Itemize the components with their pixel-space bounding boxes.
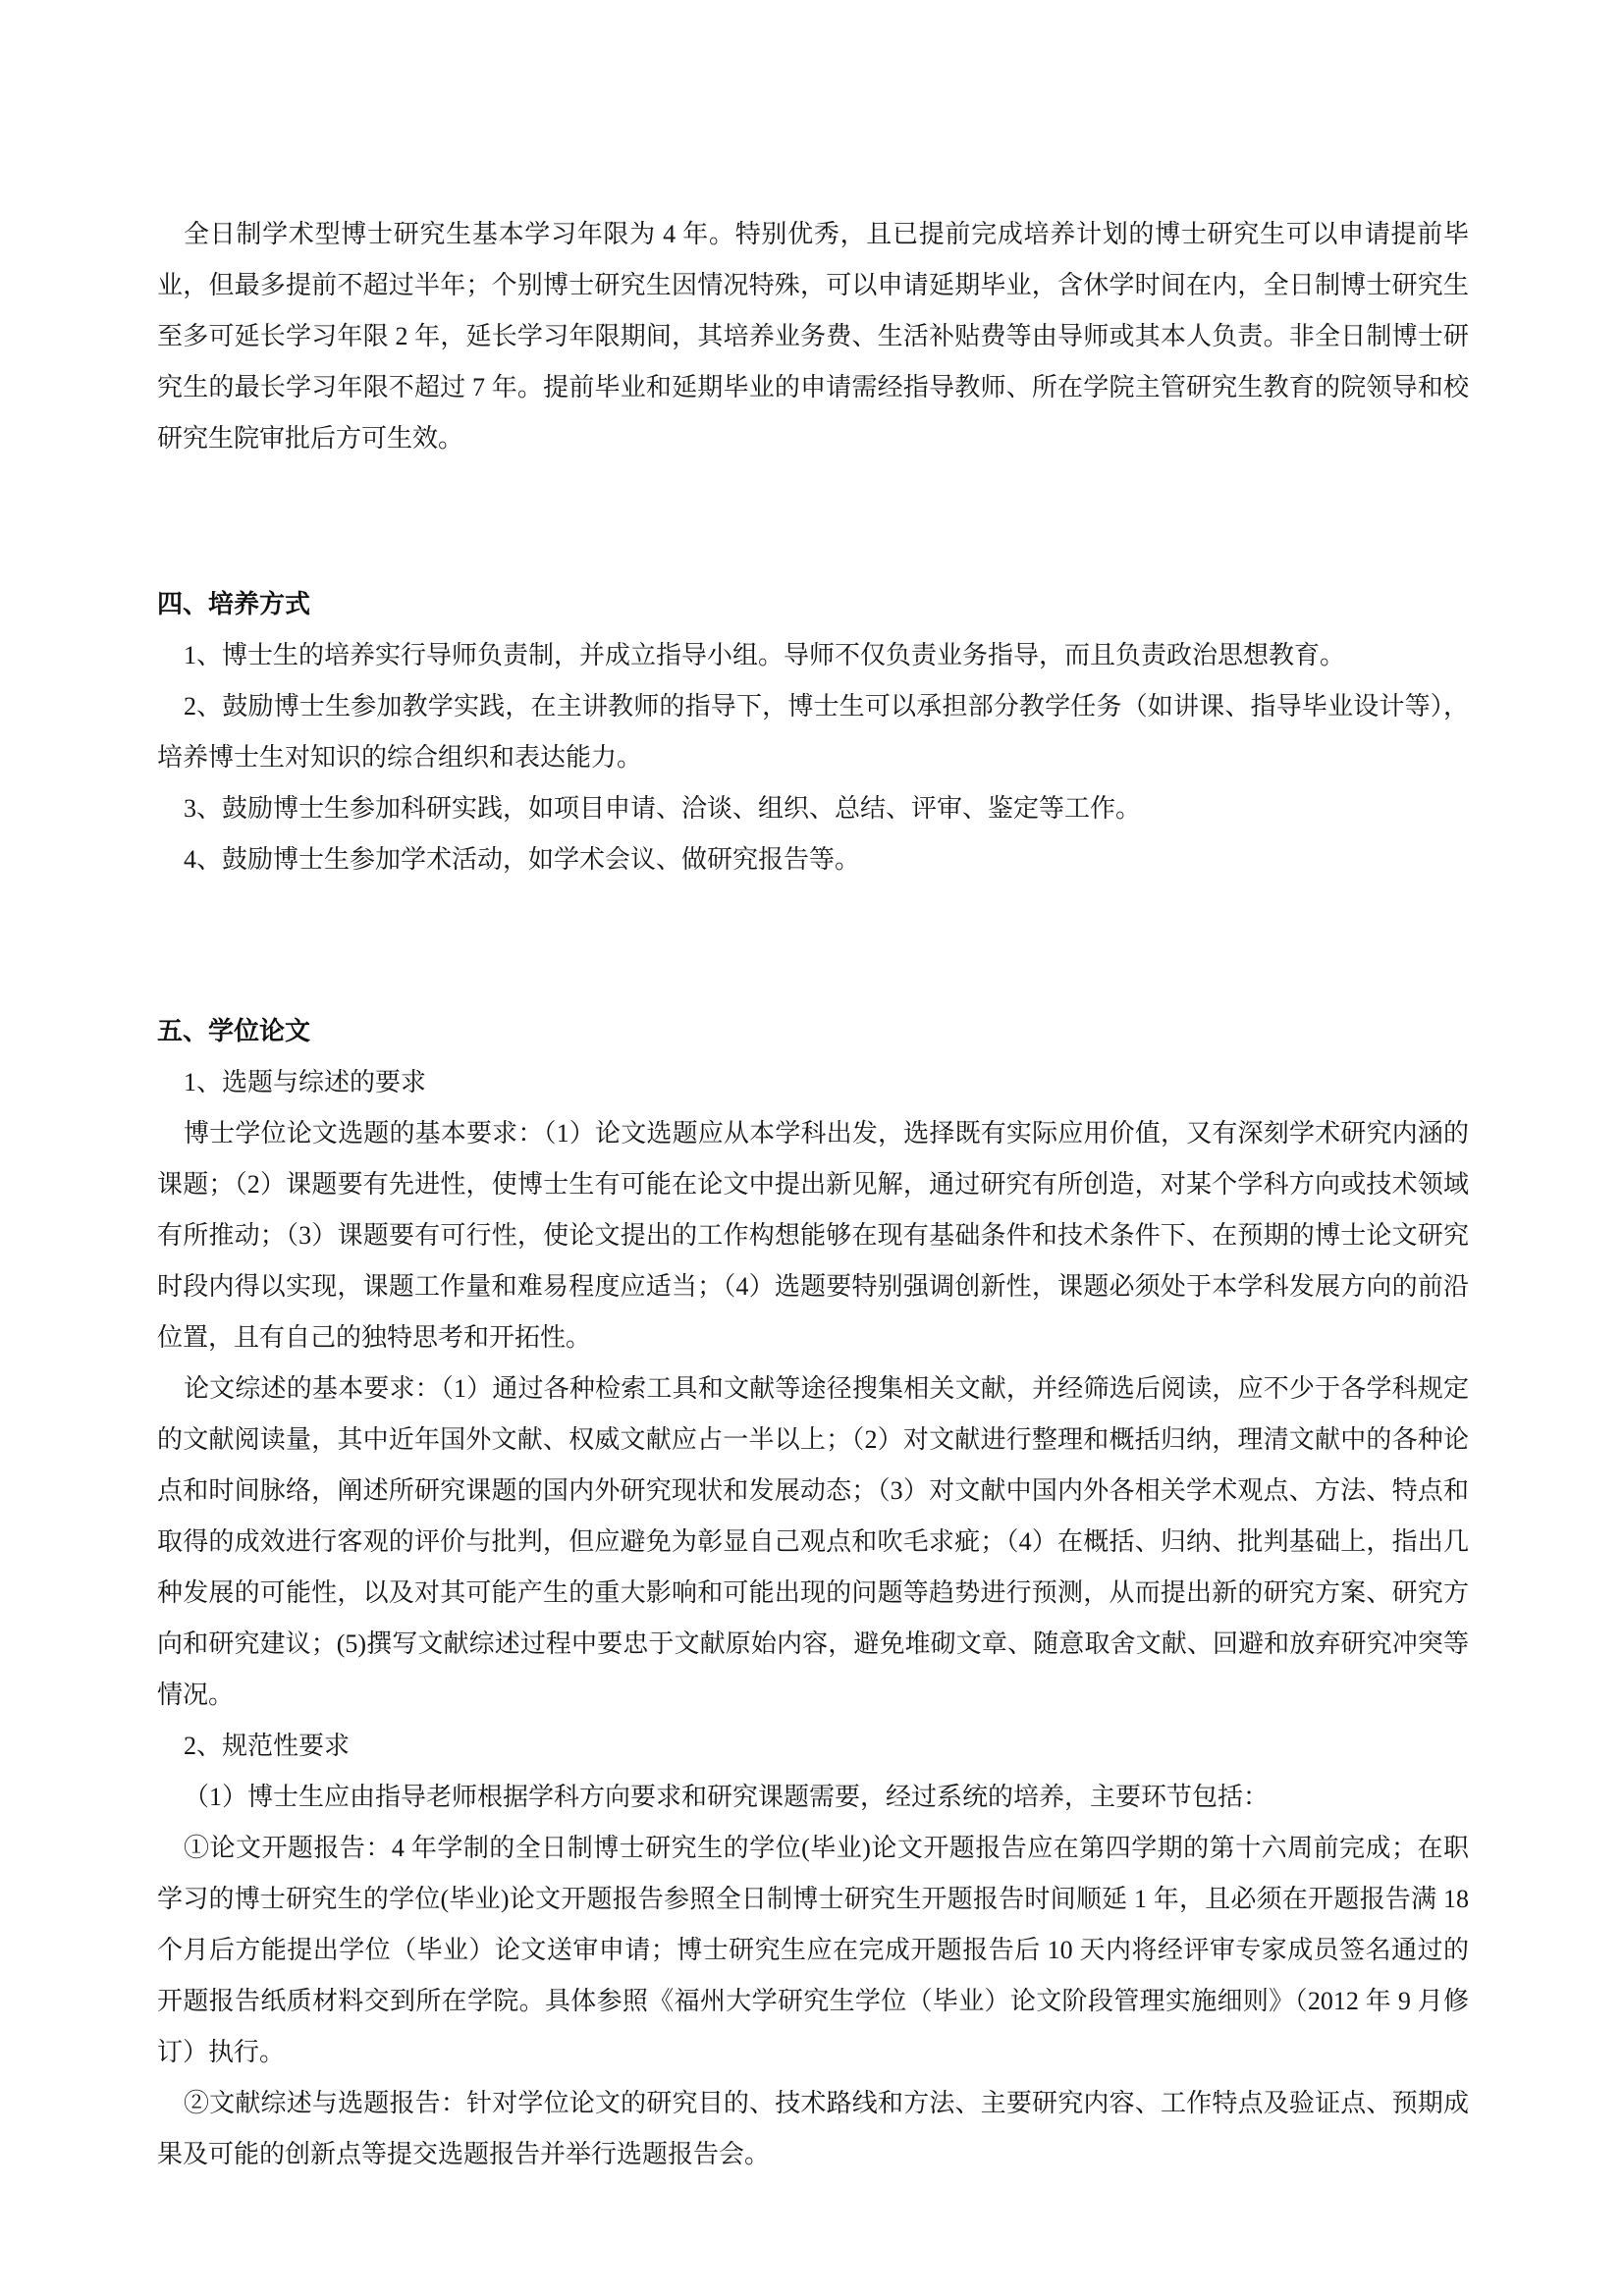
dissertation-subheading-topic-review: 1、选题与综述的要求	[157, 1057, 1469, 1108]
training-item-4: 4、鼓励博士生参加学术活动，如学术会议、做研究报告等。	[157, 834, 1469, 885]
review-requirements-paragraph: 论文综述的基本要求：（1）通过各种检索工具和文献等途径搜集相关文献，并经筛选后阅…	[157, 1363, 1469, 1721]
literature-review-report-paragraph: ②文献综述与选题报告：针对学位论文的研究目的、技术路线和方法、主要研究内容、工作…	[157, 2078, 1469, 2180]
training-item-1: 1、博士生的培养实行导师负责制，并成立指导小组。导师不仅负责业务指导，而且负责政…	[157, 630, 1469, 681]
section-heading-training-mode: 四、培养方式	[157, 579, 1469, 630]
dissertation-subheading-normative: 2、规范性要求	[157, 1721, 1469, 1772]
document-page: 全日制学术型博士研究生基本学习年限为 4 年。特别优秀，且已提前完成培养计划的博…	[0, 0, 1624, 2296]
section-heading-dissertation: 五、学位论文	[157, 1006, 1469, 1057]
training-item-3: 3、鼓励博士生参加科研实践，如项目申请、洽谈、组织、总结、评审、鉴定等工作。	[157, 783, 1469, 834]
training-item-2: 2、鼓励博士生参加教学实践，在主讲教师的指导下，博士生可以承担部分教学任务（如讲…	[157, 681, 1469, 783]
normative-intro-paragraph: （1）博士生应由指导老师根据学科方向要求和研究课题需要，经过系统的培养，主要环节…	[157, 1772, 1469, 1823]
proposal-report-paragraph: ①论文开题报告：4 年学制的全日制博士研究生的学位(毕业)论文开题报告应在第四学…	[157, 1823, 1469, 2078]
topic-requirements-paragraph: 博士学位论文选题的基本要求：（1）论文选题应从本学科出发，选择既有实际应用价值，…	[157, 1108, 1469, 1363]
intro-paragraph: 全日制学术型博士研究生基本学习年限为 4 年。特别优秀，且已提前完成培养计划的博…	[157, 209, 1469, 464]
